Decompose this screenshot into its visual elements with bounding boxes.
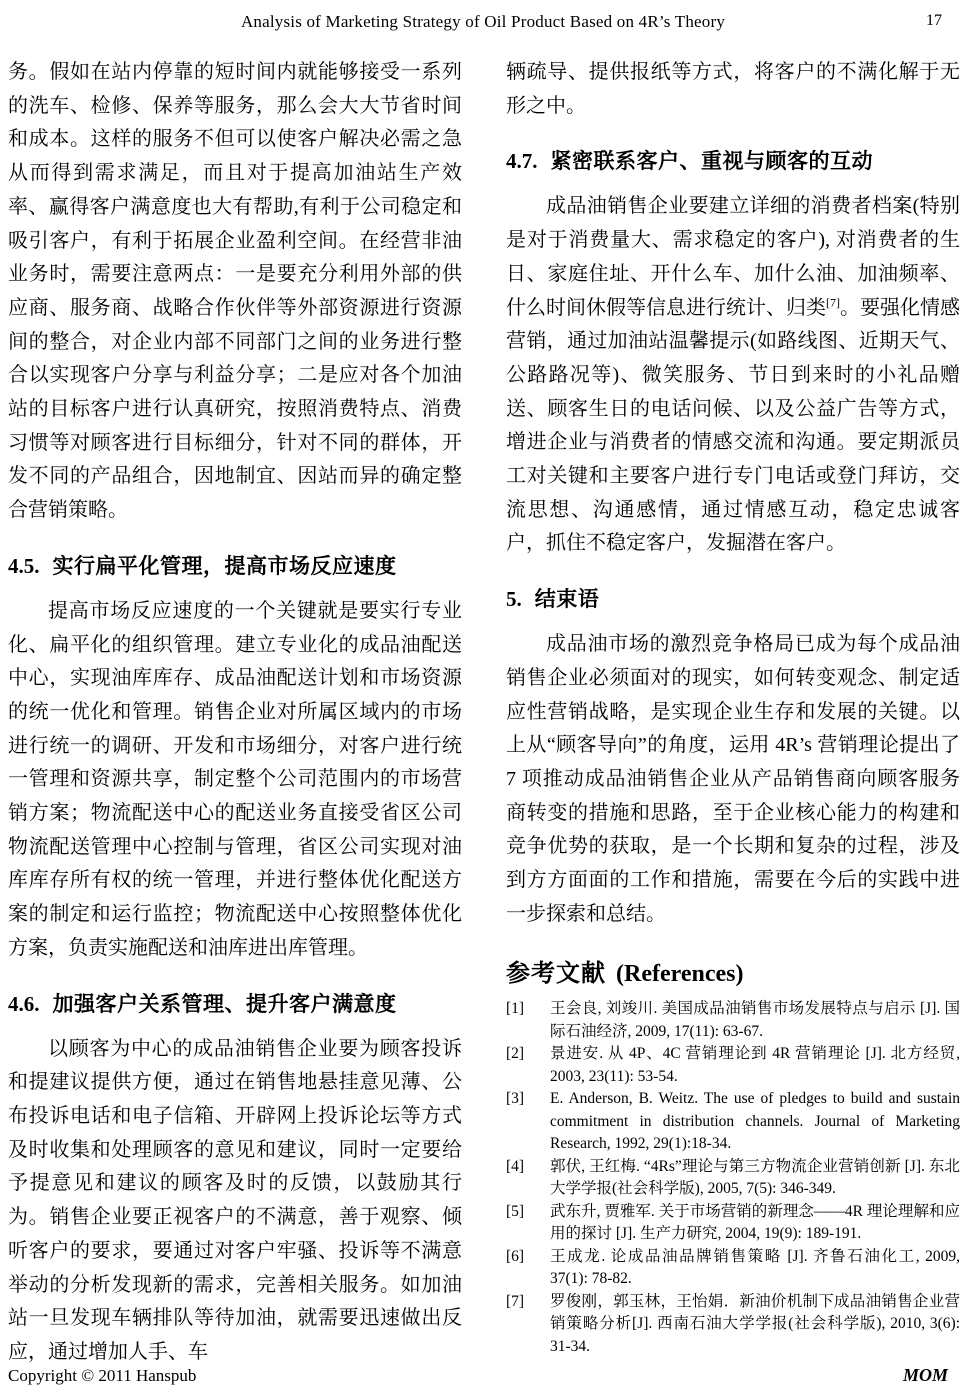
reference-text: 郭伏, 王红梅. “4Rs”理论与第三方物流企业营销创新 [J]. 东北大学学报…: [550, 1156, 960, 1201]
section-heading-5: 5. 结束语: [506, 583, 960, 613]
reference-item: [1] 王会良, 刘竣川. 美国成品油销售市场发展特点与启示 [J]. 国际石油…: [506, 998, 960, 1043]
right-column: 辆疏导、提供报纸等方式，将客户的不满化解于无形之中。 4.7. 紧密联系客户、重…: [506, 56, 960, 1370]
reference-text: 王成龙. 论成品油品牌销售策略 [J]. 齐鲁石油化工, 2009, 37(1)…: [550, 1246, 960, 1291]
paper-page: Analysis of Marketing Strategy of Oil Pr…: [0, 0, 966, 1370]
section-title: 实行扁平化管理，提高市场反应速度: [53, 550, 397, 580]
paragraph-conclusion: 成品油市场的激烈竞争格局已成为每个成品油销售企业必须面对的现实，如何转变观念、制…: [506, 628, 960, 931]
section-heading-4-6: 4.6. 加强客户关系管理、提升客户满意度: [8, 988, 462, 1018]
section-title: 紧密联系客户、重视与顾客的互动: [551, 145, 874, 175]
reference-label: [5]: [506, 1201, 550, 1246]
running-title: Analysis of Marketing Strategy of Oil Pr…: [0, 12, 966, 32]
two-column-body: 务。假如在站内停靠的短时间内就能够接受一系列的洗车、检修、保养等服务，那么会大大…: [0, 48, 966, 1370]
reference-label: [7]: [506, 1291, 550, 1359]
citation-marker-7: [7]: [826, 295, 840, 309]
running-head: Analysis of Marketing Strategy of Oil Pr…: [0, 0, 966, 48]
left-column: 务。假如在站内停靠的短时间内就能够接受一系列的洗车、检修、保养等服务，那么会大大…: [8, 56, 462, 1370]
journal-mark: MOM: [903, 1365, 948, 1386]
reference-item: [4] 郭伏, 王红梅. “4Rs”理论与第三方物流企业营销创新 [J]. 东北…: [506, 1156, 960, 1201]
section-number: 4.6.: [8, 992, 40, 1017]
section-heading-4-5: 4.5. 实行扁平化管理，提高市场反应速度: [8, 550, 462, 580]
section-title: 加强客户关系管理、提升客户满意度: [53, 988, 397, 1018]
section-number: 4.7.: [506, 149, 538, 174]
paragraph-text: 。要强化情感营销，通过加油站温馨提示(如路线图、近期天气、公路路况等)、微笑服务…: [506, 297, 960, 555]
page-footer: Copyright © 2011 Hanspub MOM: [8, 1365, 948, 1386]
reference-item: [7] 罗俊刚，郭玉林，王怡娟．新油价机制下成品油销售企业营销策略分析[J]. …: [506, 1291, 960, 1359]
page-number: 17: [926, 12, 942, 30]
reference-item: [3] E. Anderson, B. Weitz. The use of pl…: [506, 1088, 960, 1156]
paragraph-continuation: 辆疏导、提供报纸等方式，将客户的不满化解于无形之中。: [506, 56, 960, 123]
paragraph-customer-interaction: 成品油销售企业要建立详细的消费者档案(特别是对于消费量大、需求稳定的客户), 对…: [506, 190, 960, 561]
reference-text: 武东升, 贾雅军. 关于市场营销的新理念——4R 理论理解和应用的探讨 [J].…: [550, 1201, 960, 1246]
reference-text: 景进安. 从 4P、4C 营销理论到 4R 营销理论 [J]. 北方经贸, 20…: [550, 1043, 960, 1088]
reference-label: [4]: [506, 1156, 550, 1201]
paragraph-non-oil-business: 务。假如在站内停靠的短时间内就能够接受一系列的洗车、检修、保养等服务，那么会大大…: [8, 56, 462, 528]
reference-text: 王会良, 刘竣川. 美国成品油销售市场发展特点与启示 [J]. 国际石油经济, …: [550, 998, 960, 1043]
section-title: 结束语: [535, 583, 600, 613]
paragraph-customer-relationship: 以顾客为中心的成品油销售企业要为顾客投诉和提建议提供方便，通过在销售地悬挂意见薄…: [8, 1033, 462, 1370]
references-heading-en: (References): [616, 961, 743, 988]
section-number: 4.5.: [8, 554, 40, 579]
references-list: [1] 王会良, 刘竣川. 美国成品油销售市场发展特点与启示 [J]. 国际石油…: [506, 998, 960, 1358]
section-heading-4-7: 4.7. 紧密联系客户、重视与顾客的互动: [506, 145, 960, 175]
references-heading: 参考文献 (References): [506, 953, 960, 988]
section-number: 5.: [506, 587, 522, 612]
reference-item: [2] 景进安. 从 4P、4C 营销理论到 4R 营销理论 [J]. 北方经贸…: [506, 1043, 960, 1088]
reference-label: [6]: [506, 1246, 550, 1291]
reference-label: [3]: [506, 1088, 550, 1156]
reference-label: [1]: [506, 998, 550, 1043]
paragraph-flat-management: 提高市场反应速度的一个关键就是要实行专业化、扁平化的组织管理。建立专业化的成品油…: [8, 595, 462, 966]
reference-label: [2]: [506, 1043, 550, 1088]
reference-text: E. Anderson, B. Weitz. The use of pledge…: [550, 1088, 960, 1156]
reference-text: 罗俊刚，郭玉林，王怡娟．新油价机制下成品油销售企业营销策略分析[J]. 西南石油…: [550, 1291, 960, 1359]
copyright-notice: Copyright © 2011 Hanspub: [8, 1366, 196, 1386]
references-heading-zh: 参考文献: [506, 953, 606, 988]
reference-item: [5] 武东升, 贾雅军. 关于市场营销的新理念——4R 理论理解和应用的探讨 …: [506, 1201, 960, 1246]
reference-item: [6] 王成龙. 论成品油品牌销售策略 [J]. 齐鲁石油化工, 2009, 3…: [506, 1246, 960, 1291]
